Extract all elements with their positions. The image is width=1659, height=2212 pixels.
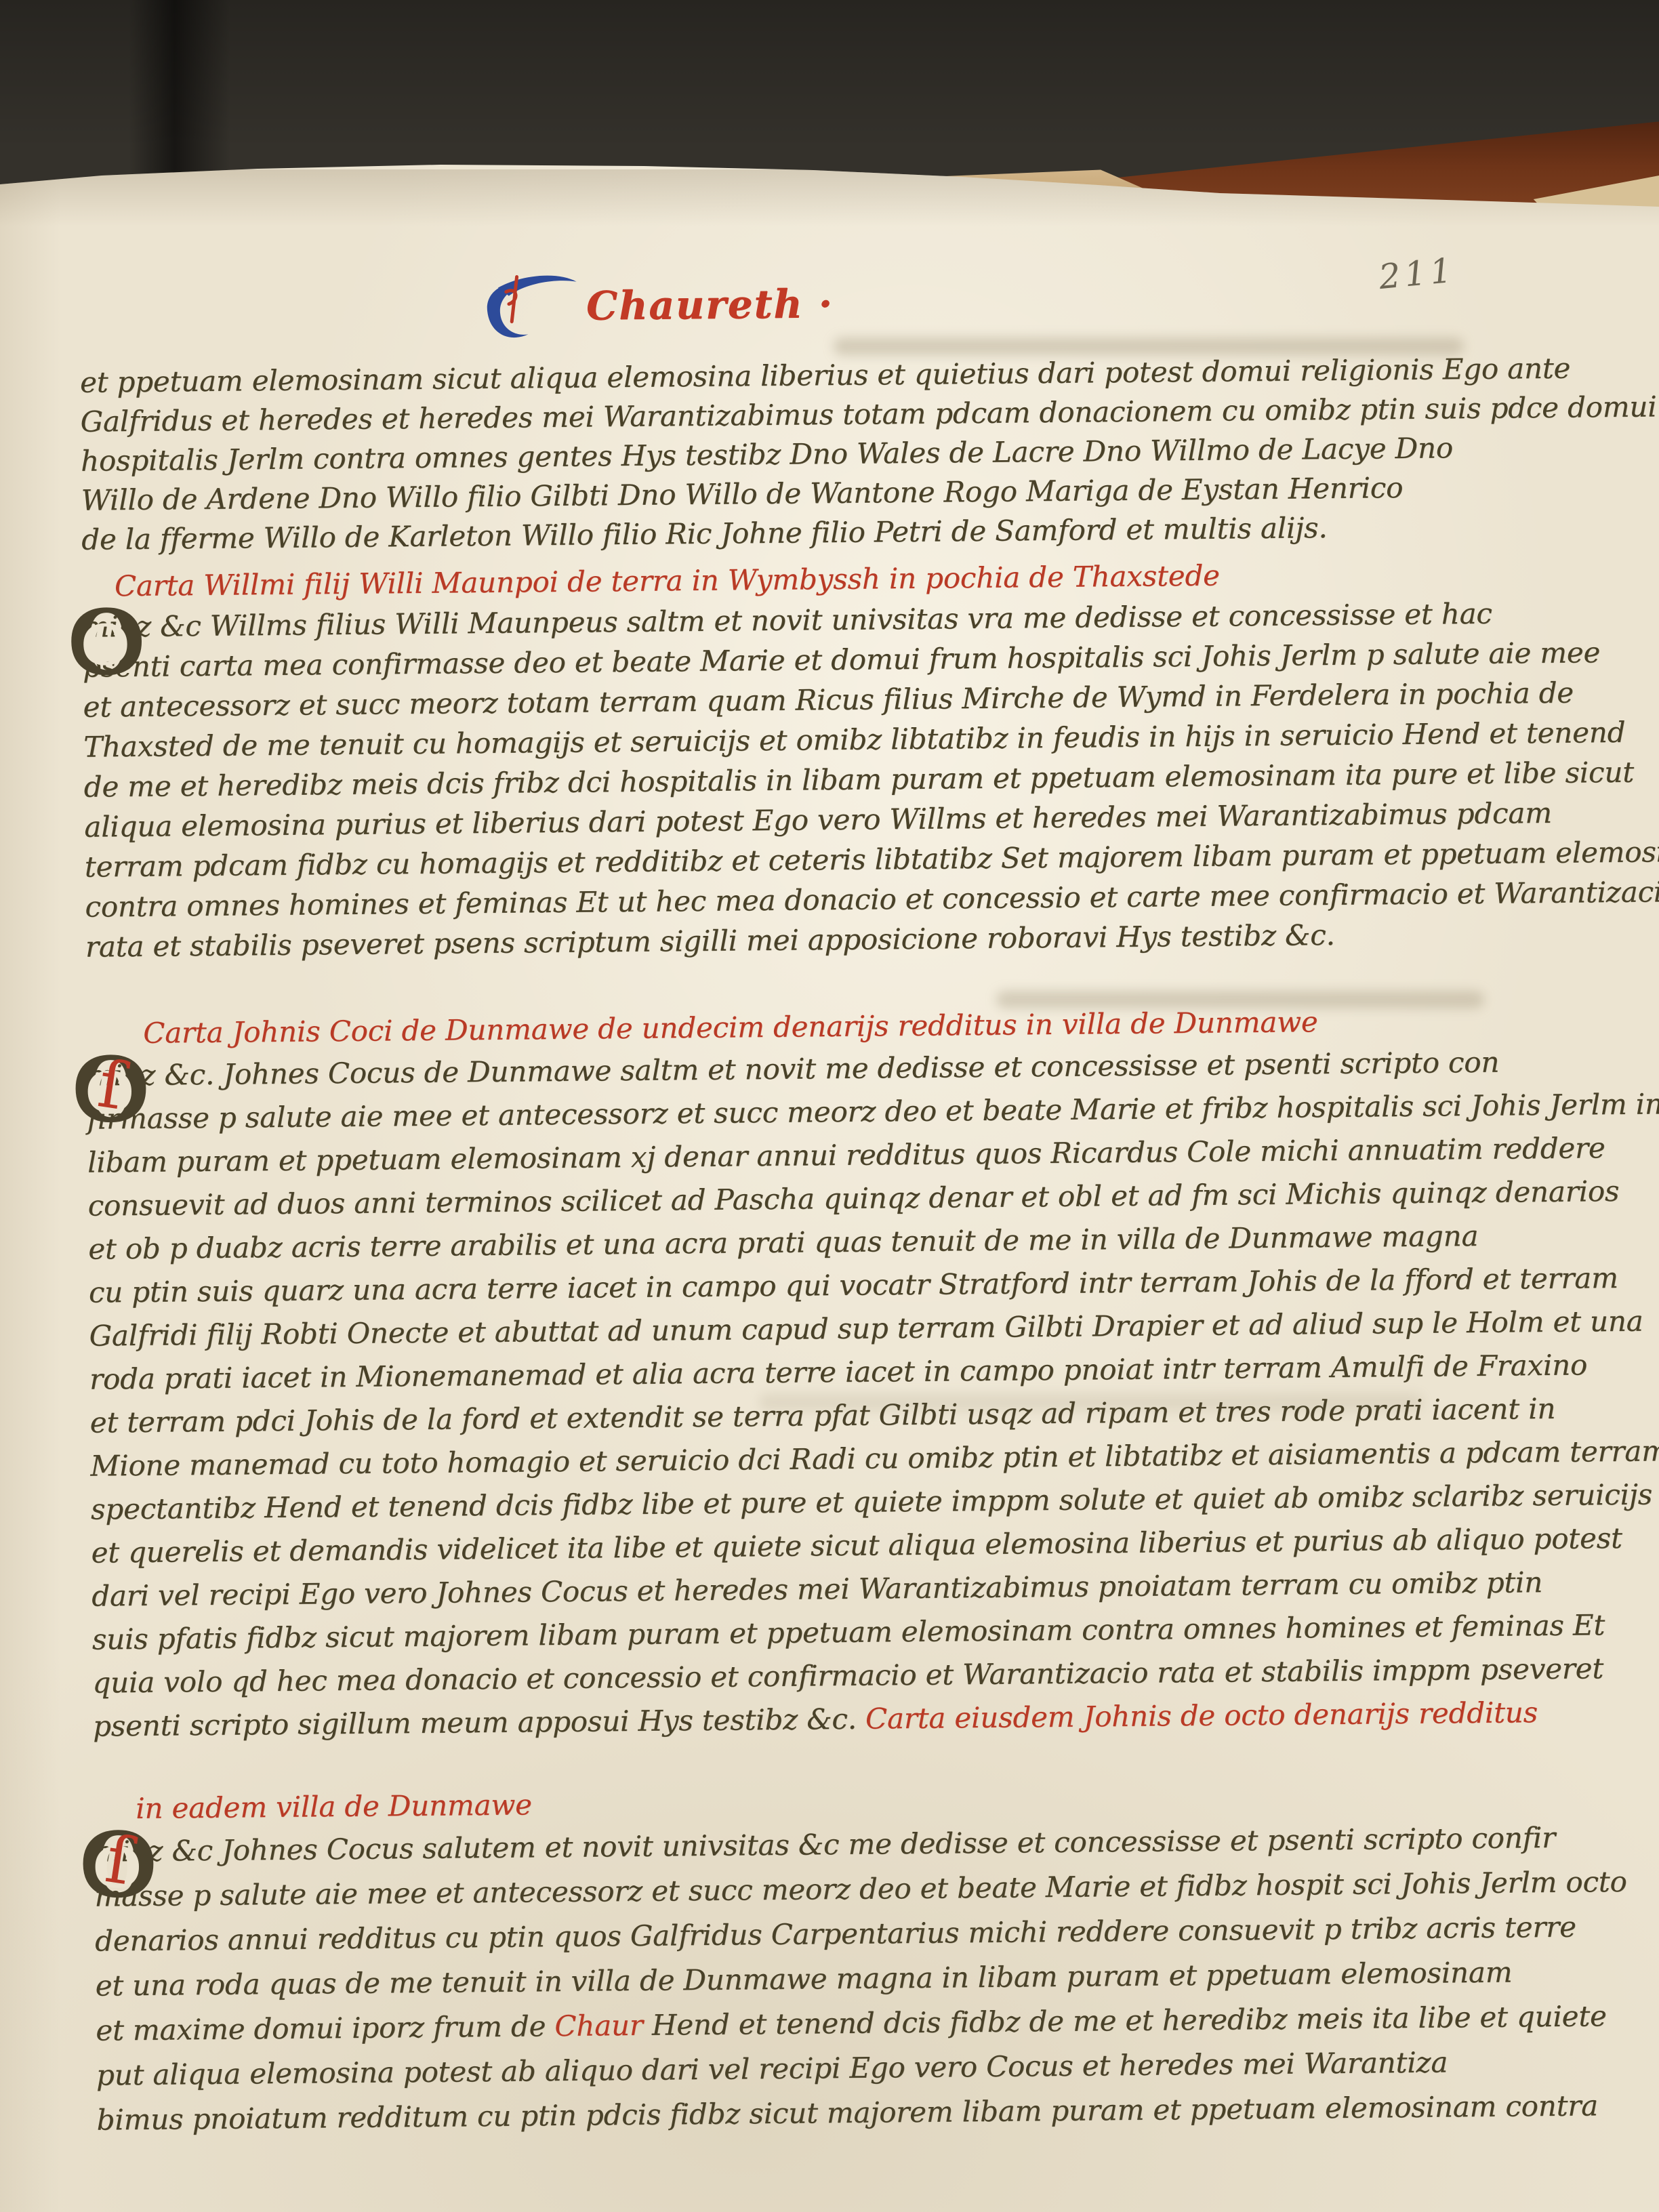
charter-continuation-text: et ppetuam elemosinam sicut aliqua elemo… (80, 348, 1607, 560)
decorated-initial: OOſ (79, 1818, 181, 1920)
running-title: Chaureth · (477, 266, 834, 344)
folio-content: Chaureth · 211 et ppetuam elemosinam sic… (0, 0, 1659, 2212)
manuscript-photo: Chaureth · 211 et ppetuam elemosinam sic… (0, 0, 1659, 2212)
decorated-initial: OOſ (71, 1042, 173, 1145)
decorated-initial: OO (67, 595, 169, 697)
charter-text: OOſmibz &c Johnes Cocus salutem et novit… (94, 1815, 1622, 2143)
paraph-icon (478, 271, 580, 342)
charter-text: OOmibz &c Willms filius Willi Maunpeus s… (82, 592, 1610, 967)
charter-text: OOſmibz &c. Johnes Cocus de Dunmawe salt… (87, 1040, 1618, 1748)
folio-number: 211 (1377, 250, 1458, 297)
parchment-leaf: Chaureth · 211 et ppetuam elemosinam sic… (0, 0, 1659, 2212)
running-title-text: Chaureth · (586, 281, 834, 329)
